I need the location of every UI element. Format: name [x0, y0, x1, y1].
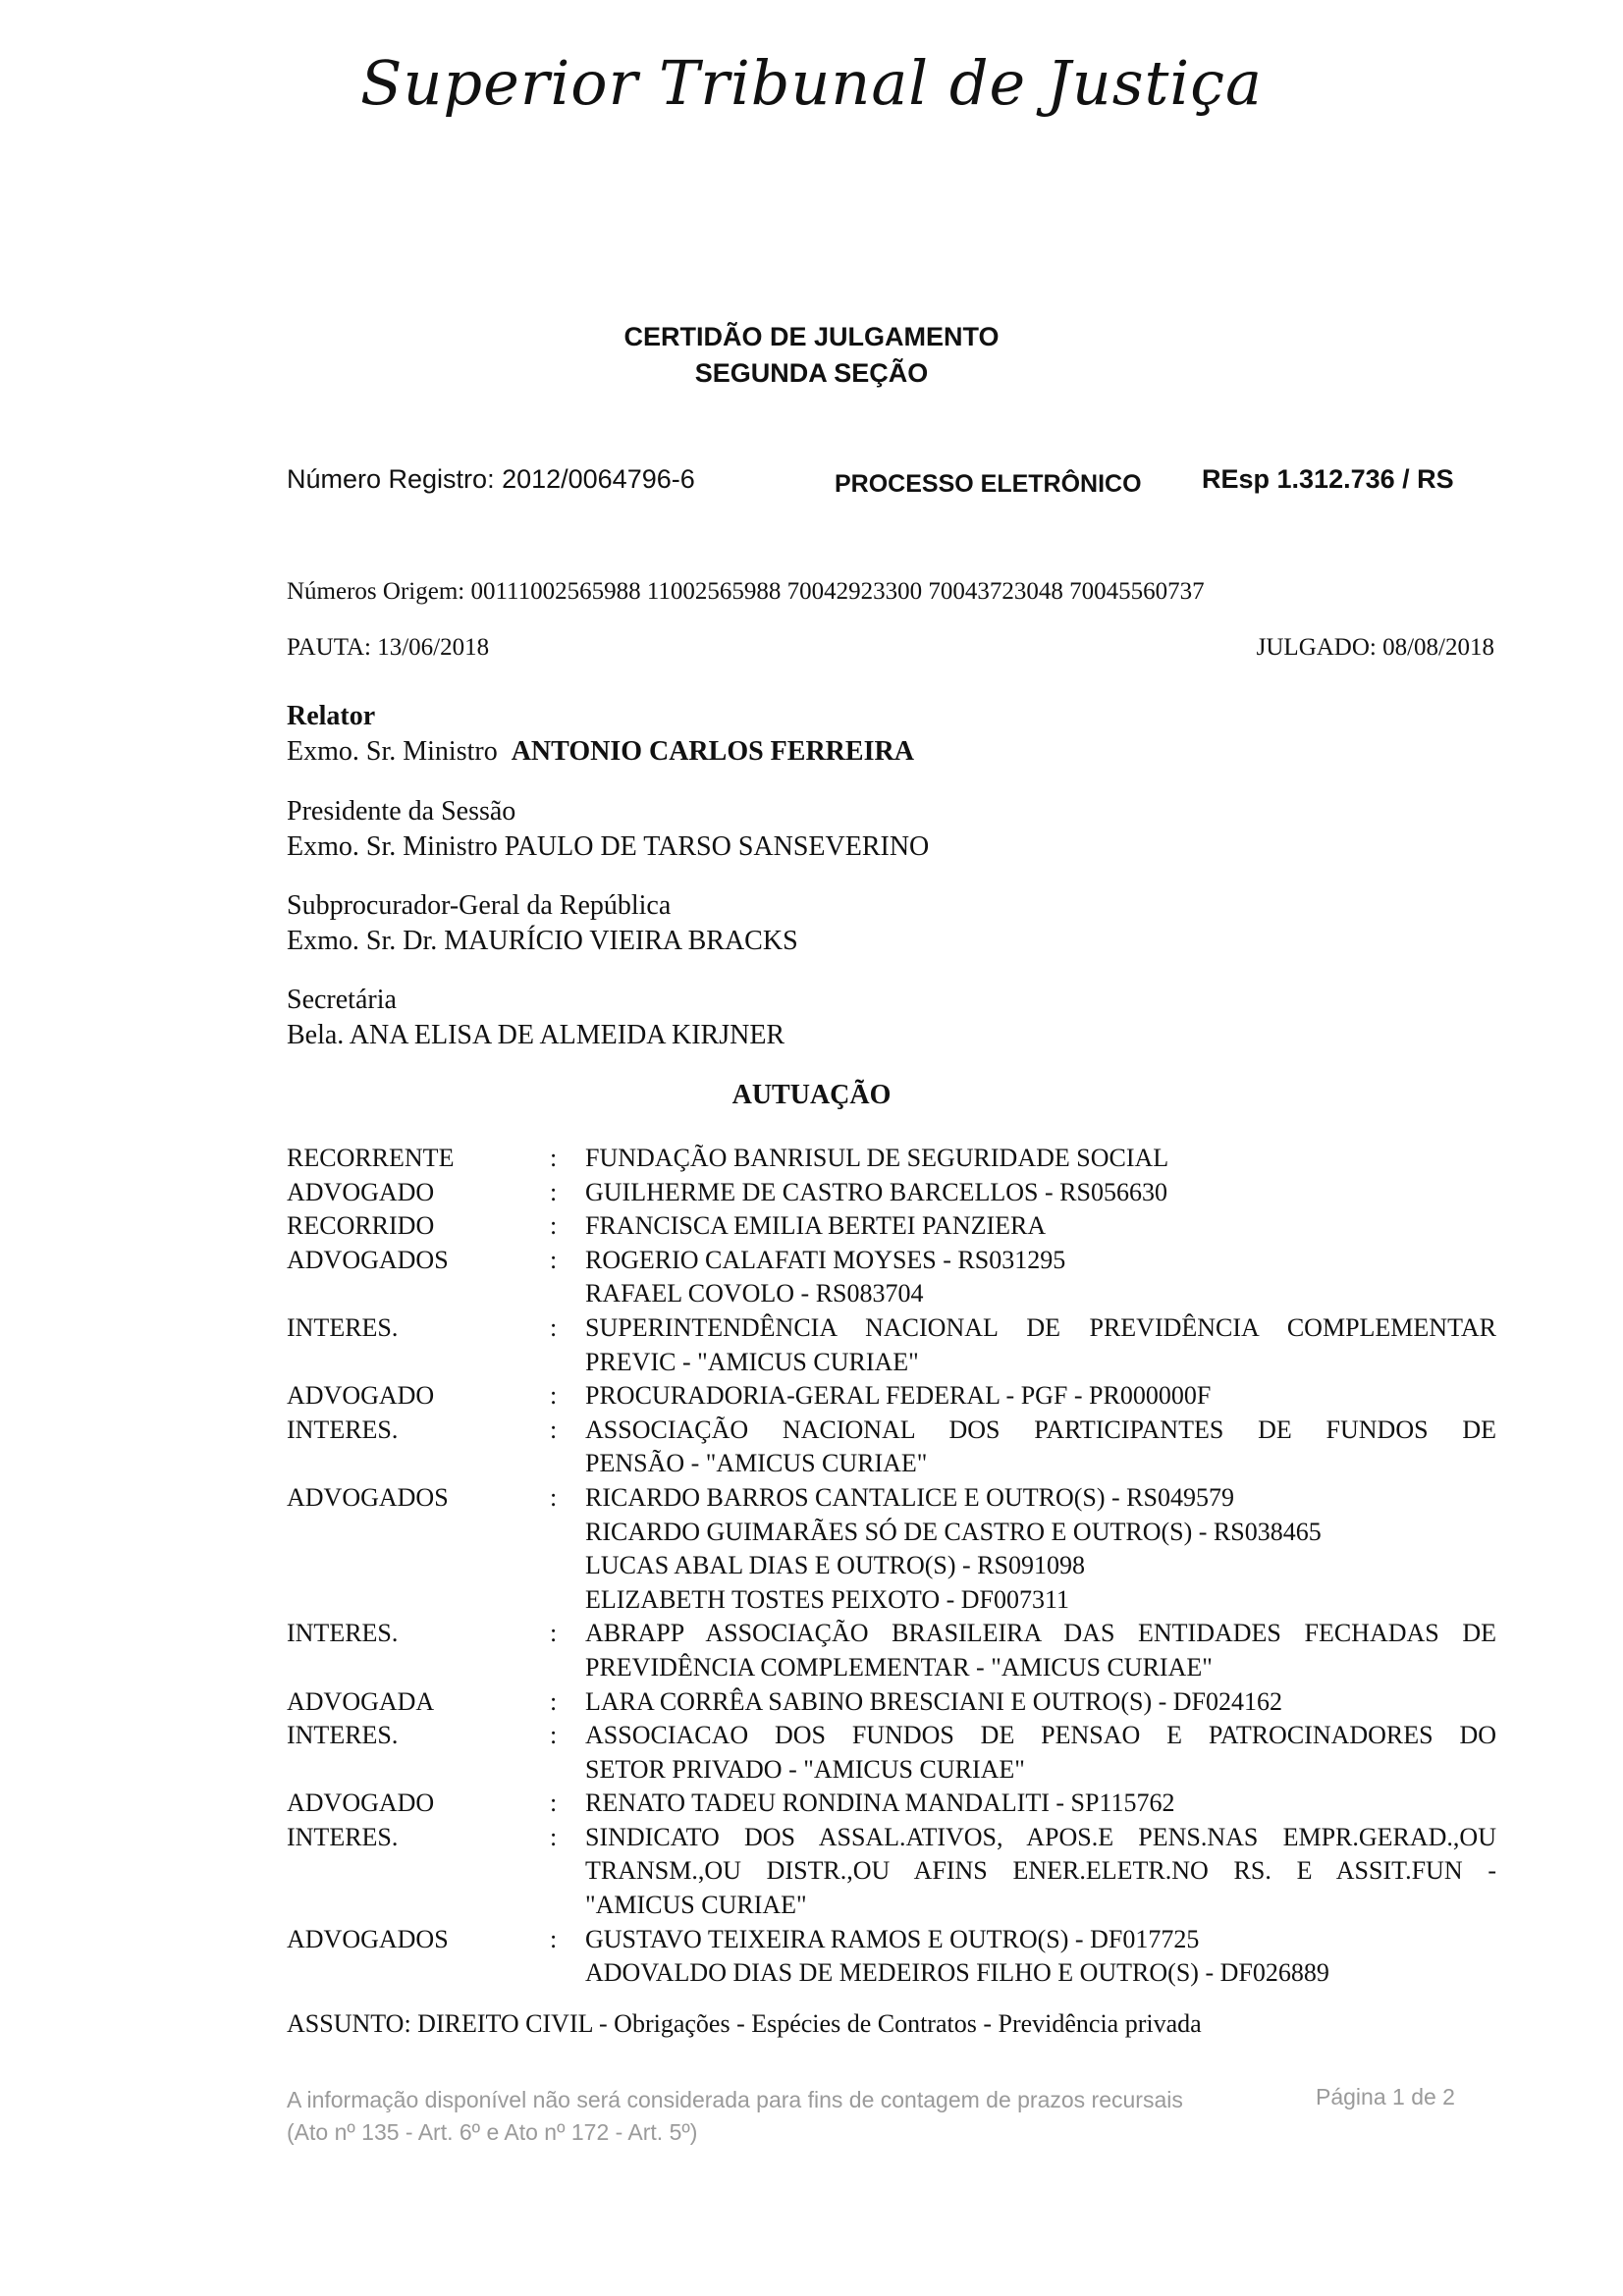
- document-page: Superior Tribunal de Justiça CERTIDÃO DE…: [0, 0, 1623, 2296]
- party-role: ADVOGADOS: [287, 1244, 550, 1311]
- party-row: ADVOGADO:GUILHERME DE CASTRO BARCELLOS -…: [287, 1176, 1496, 1210]
- party-name: ASSOCIACAO DOS FUNDOS DE PENSAO E PATROC…: [585, 1719, 1496, 1753]
- party-name: FUNDAÇÃO BANRISUL DE SEGURIDADE SOCIAL: [585, 1142, 1496, 1176]
- party-separator: :: [550, 1923, 585, 1991]
- party-name: ADOVALDO DIAS DE MEDEIROS FILHO E OUTRO(…: [585, 1956, 1496, 1991]
- party-separator: :: [550, 1311, 585, 1379]
- party-names: ROGERIO CALAFATI MOYSES - RS031295RAFAEL…: [585, 1244, 1496, 1311]
- party-names: GUSTAVO TEIXEIRA RAMOS E OUTRO(S) - DF01…: [585, 1923, 1496, 1991]
- party-separator: :: [550, 1617, 585, 1684]
- party-row: ADVOGADO:PROCURADORIA-GERAL FEDERAL - PG…: [287, 1379, 1496, 1414]
- party-names: RENATO TADEU RONDINA MANDALITI - SP11576…: [585, 1787, 1496, 1821]
- party-separator: :: [550, 1685, 585, 1720]
- party-name: ABRAPP ASSOCIAÇÃO BRASILEIRA DAS ENTIDAD…: [585, 1617, 1496, 1651]
- assunto-line: ASSUNTO: DIREITO CIVIL - Obrigações - Es…: [287, 2009, 1202, 2039]
- page-indicator: Página 1 de 2: [1316, 2084, 1455, 2110]
- party-separator: :: [550, 1719, 585, 1787]
- party-names: FUNDAÇÃO BANRISUL DE SEGURIDADE SOCIAL: [585, 1142, 1496, 1176]
- party-row: ADVOGADO:RENATO TADEU RONDINA MANDALITI …: [287, 1787, 1496, 1821]
- party-separator: :: [550, 1379, 585, 1414]
- party-names: ASSOCIAÇÃO NACIONAL DOS PARTICIPANTES DE…: [585, 1414, 1496, 1481]
- subprocurador-name: Exmo. Sr. Dr. MAURÍCIO VIEIRA BRACKS: [287, 924, 798, 959]
- party-role: ADVOGADO: [287, 1176, 550, 1210]
- party-name: ROGERIO CALAFATI MOYSES - RS031295: [585, 1244, 1496, 1278]
- party-role: ADVOGADOS: [287, 1923, 550, 1991]
- party-names: SINDICATO DOS ASSAL.ATIVOS, APOS.E PENS.…: [585, 1821, 1496, 1923]
- party-name: RENATO TADEU RONDINA MANDALITI - SP11576…: [585, 1787, 1496, 1821]
- court-letterhead: Superior Tribunal de Justiça: [0, 47, 1623, 119]
- party-name: ASSOCIAÇÃO NACIONAL DOS PARTICIPANTES DE…: [585, 1414, 1496, 1448]
- relator-prefix: Exmo. Sr. Ministro: [287, 736, 498, 767]
- party-names: SUPERINTENDÊNCIA NACIONAL DE PREVIDÊNCIA…: [585, 1311, 1496, 1379]
- party-name: GUSTAVO TEIXEIRA RAMOS E OUTRO(S) - DF01…: [585, 1923, 1496, 1957]
- party-name: PREVIDÊNCIA COMPLEMENTAR - "AMICUS CURIA…: [585, 1651, 1496, 1685]
- party-names: PROCURADORIA-GERAL FEDERAL - PGF - PR000…: [585, 1379, 1496, 1414]
- party-row: INTERES.:SINDICATO DOS ASSAL.ATIVOS, APO…: [287, 1821, 1496, 1923]
- party-separator: :: [550, 1244, 585, 1311]
- relator-name: ANTONIO CARLOS FERREIRA: [512, 736, 914, 767]
- presidente-label: Presidente da Sessão: [287, 794, 929, 829]
- party-names: ABRAPP ASSOCIAÇÃO BRASILEIRA DAS ENTIDAD…: [585, 1617, 1496, 1684]
- secretaria-block: Secretária Bela. ANA ELISA DE ALMEIDA KI…: [287, 983, 784, 1053]
- footer-notice: A informação disponível não será conside…: [287, 2084, 1183, 2149]
- party-name: RAFAEL COVOLO - RS083704: [585, 1277, 1496, 1311]
- footer-notice-line1: A informação disponível não será conside…: [287, 2084, 1183, 2116]
- party-separator: :: [550, 1176, 585, 1210]
- origin-number-list: 00111002565988 11002565988 70042923300 7…: [470, 578, 1204, 605]
- party-role: INTERES.: [287, 1414, 550, 1481]
- party-names: FRANCISCA EMILIA BERTEI PANZIERA: [585, 1209, 1496, 1244]
- party-role: INTERES.: [287, 1617, 550, 1684]
- party-row: RECORRENTE:FUNDAÇÃO BANRISUL DE SEGURIDA…: [287, 1142, 1496, 1176]
- parties-list: RECORRENTE:FUNDAÇÃO BANRISUL DE SEGURIDA…: [287, 1142, 1496, 1991]
- party-name: RICARDO GUIMARÃES SÓ DE CASTRO E OUTRO(S…: [585, 1516, 1496, 1550]
- party-row: ADVOGADOS:ROGERIO CALAFATI MOYSES - RS03…: [287, 1244, 1496, 1311]
- party-row: ADVOGADOS:GUSTAVO TEIXEIRA RAMOS E OUTRO…: [287, 1923, 1496, 1991]
- party-name: SETOR PRIVADO - "AMICUS CURIAE": [585, 1753, 1496, 1788]
- party-role: INTERES.: [287, 1821, 550, 1923]
- party-separator: :: [550, 1821, 585, 1923]
- case-number: REsp 1.312.736 / RS: [1202, 464, 1454, 495]
- party-row: INTERES.:ABRAPP ASSOCIAÇÃO BRASILEIRA DA…: [287, 1617, 1496, 1684]
- party-row: INTERES.:ASSOCIACAO DOS FUNDOS DE PENSAO…: [287, 1719, 1496, 1787]
- presidente-block: Presidente da Sessão Exmo. Sr. Ministro …: [287, 794, 929, 865]
- party-role: INTERES.: [287, 1311, 550, 1379]
- origin-label: Números Origem:: [287, 578, 464, 605]
- party-role: ADVOGADOS: [287, 1481, 550, 1617]
- party-role: ADVOGADA: [287, 1685, 550, 1720]
- party-row: ADVOGADOS:RICARDO BARROS CANTALICE E OUT…: [287, 1481, 1496, 1617]
- party-name: LUCAS ABAL DIAS E OUTRO(S) - RS091098: [585, 1549, 1496, 1583]
- certificate-subtitle: SEGUNDA SEÇÃO: [0, 358, 1623, 389]
- party-name: "AMICUS CURIAE": [585, 1889, 1496, 1923]
- footer-notice-line2: (Ato nº 135 - Art. 6º e Ato nº 172 - Art…: [287, 2116, 1183, 2149]
- party-names: GUILHERME DE CASTRO BARCELLOS - RS056630: [585, 1176, 1496, 1210]
- pauta-date: PAUTA: 13/06/2018: [287, 634, 489, 662]
- party-name: RICARDO BARROS CANTALICE E OUTRO(S) - RS…: [585, 1481, 1496, 1516]
- party-name: PREVIC - "AMICUS CURIAE": [585, 1346, 1496, 1380]
- party-role: ADVOGADO: [287, 1787, 550, 1821]
- party-name: PENSÃO - "AMICUS CURIAE": [585, 1447, 1496, 1481]
- party-role: INTERES.: [287, 1719, 550, 1787]
- relator-label: Relator: [287, 699, 914, 734]
- julgado-date: JULGADO: 08/08/2018: [1257, 634, 1494, 662]
- party-separator: :: [550, 1209, 585, 1244]
- subprocurador-label: Subprocurador-Geral da República: [287, 888, 798, 924]
- electronic-process-label: PROCESSO ELETRÔNICO: [835, 470, 1142, 499]
- party-separator: :: [550, 1414, 585, 1481]
- party-role: RECORRIDO: [287, 1209, 550, 1244]
- party-names: ASSOCIACAO DOS FUNDOS DE PENSAO E PATROC…: [585, 1719, 1496, 1787]
- certificate-title: CERTIDÃO DE JULGAMENTO: [0, 322, 1623, 352]
- party-name: LARA CORRÊA SABINO BRESCIANI E OUTRO(S) …: [585, 1685, 1496, 1720]
- party-name: PROCURADORIA-GERAL FEDERAL - PGF - PR000…: [585, 1379, 1496, 1414]
- party-separator: :: [550, 1481, 585, 1617]
- party-row: INTERES.:ASSOCIAÇÃO NACIONAL DOS PARTICI…: [287, 1414, 1496, 1481]
- party-row: ADVOGADA:LARA CORRÊA SABINO BRESCIANI E …: [287, 1685, 1496, 1720]
- party-names: LARA CORRÊA SABINO BRESCIANI E OUTRO(S) …: [585, 1685, 1496, 1720]
- party-row: INTERES.:SUPERINTENDÊNCIA NACIONAL DE PR…: [287, 1311, 1496, 1379]
- presidente-name: Exmo. Sr. Ministro PAULO DE TARSO SANSEV…: [287, 829, 929, 865]
- party-name: SUPERINTENDÊNCIA NACIONAL DE PREVIDÊNCIA…: [585, 1311, 1496, 1346]
- autuacao-heading: AUTUAÇÃO: [0, 1080, 1623, 1111]
- party-role: ADVOGADO: [287, 1379, 550, 1414]
- party-separator: :: [550, 1787, 585, 1821]
- origin-numbers: Números Origem: 00111002565988 110025659…: [287, 578, 1205, 606]
- party-name: SINDICATO DOS ASSAL.ATIVOS, APOS.E PENS.…: [585, 1821, 1496, 1855]
- party-names: RICARDO BARROS CANTALICE E OUTRO(S) - RS…: [585, 1481, 1496, 1617]
- relator-block: Relator Exmo. Sr. Ministro ANTONIO CARLO…: [287, 699, 914, 770]
- secretaria-name: Bela. ANA ELISA DE ALMEIDA KIRJNER: [287, 1018, 784, 1053]
- registry-number: Número Registro: 2012/0064796-6: [287, 464, 695, 495]
- party-name: FRANCISCA EMILIA BERTEI PANZIERA: [585, 1209, 1496, 1244]
- party-name: TRANSM.,OU DISTR.,OU AFINS ENER.ELETR.NO…: [585, 1854, 1496, 1889]
- party-name: GUILHERME DE CASTRO BARCELLOS - RS056630: [585, 1176, 1496, 1210]
- party-name: ELIZABETH TOSTES PEIXOTO - DF007311: [585, 1583, 1496, 1618]
- party-role: RECORRENTE: [287, 1142, 550, 1176]
- subprocurador-block: Subprocurador-Geral da República Exmo. S…: [287, 888, 798, 959]
- secretaria-label: Secretária: [287, 983, 784, 1018]
- party-separator: :: [550, 1142, 585, 1176]
- party-row: RECORRIDO:FRANCISCA EMILIA BERTEI PANZIE…: [287, 1209, 1496, 1244]
